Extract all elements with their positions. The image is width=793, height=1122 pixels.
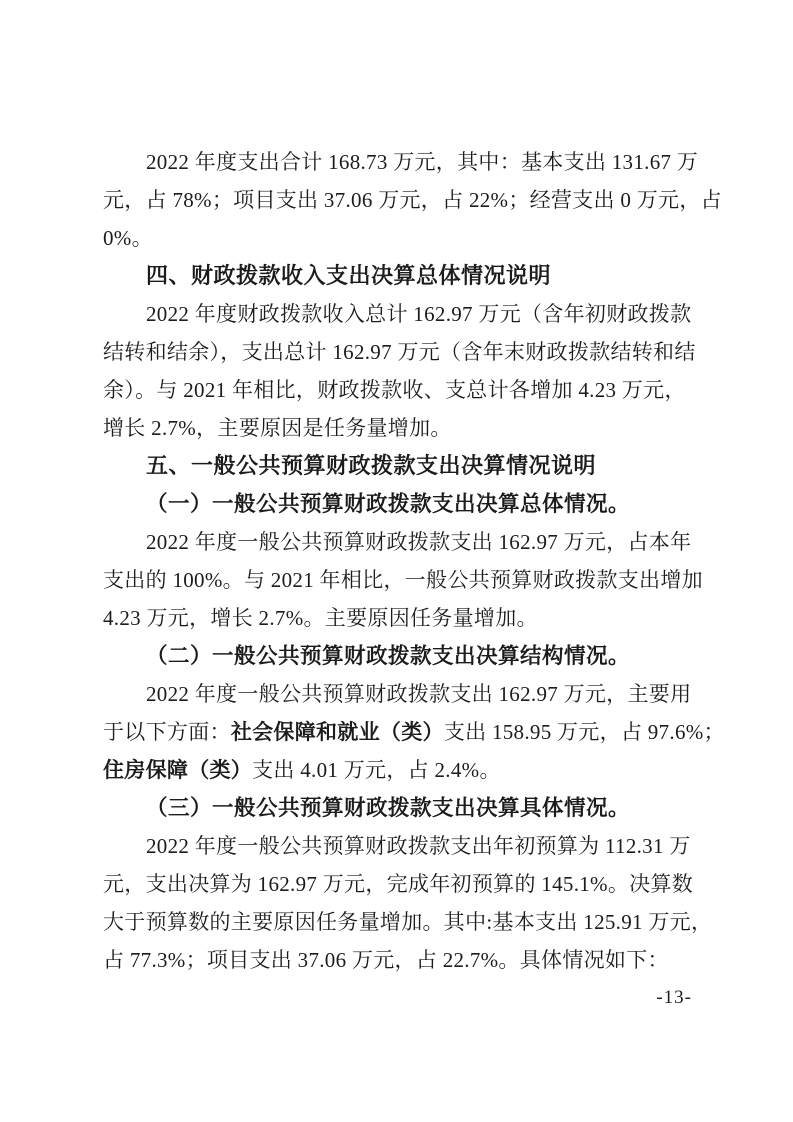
text-line: 结转和结余），支出总计 162.97 万元（含年末财政拨款结转和结: [103, 333, 703, 371]
text-line: 增长 2.7%，主要原因是任务量增加。: [103, 409, 703, 447]
text-line: 占 77.3%；项目支出 37.06 万元，占 22.7%。具体情况如下：: [103, 941, 703, 979]
text-line: 大于预算数的主要原因任务量增加。其中:基本支出 125.91 万元，: [103, 903, 703, 941]
subsection-heading-3: （三）一般公共预算财政拨款支出决算具体情况。: [103, 789, 703, 827]
text-line: 支出的 100%。与 2021 年相比，一般公共预算财政拨款支出增加: [103, 561, 703, 599]
page-number: -13-: [656, 986, 692, 1010]
text-line: 元，占 78%；项目支出 37.06 万元，占 22%；经营支出 0 万元，占: [103, 181, 703, 219]
subsection-heading-1: （一）一般公共预算财政拨款支出决算总体情况。: [103, 485, 703, 523]
text-line: 2022 年度财政拨款收入总计 162.97 万元（含年初财政拨款: [103, 295, 703, 333]
section-heading-five: 五、一般公共预算财政拨款支出决算情况说明: [103, 447, 703, 485]
subsection-heading-2: （二）一般公共预算财政拨款支出决算结构情况。: [103, 637, 703, 675]
text-segment: 支出 4.01 万元，占 2.4%。: [252, 758, 501, 782]
text-line: 0%。: [103, 219, 703, 257]
document-content: 2022 年度支出合计 168.73 万元，其中：基本支出 131.67 万 元…: [103, 143, 703, 979]
text-segment-bold-category: 社会保障和就业（类）: [231, 720, 444, 744]
text-line: 2022 年度一般公共预算财政拨款支出年初预算为 112.31 万: [103, 827, 703, 865]
text-line: 余）。与 2021 年相比，财政拨款收、支总计各增加 4.23 万元，: [103, 371, 703, 409]
text-line: 元，支出决算为 162.97 万元，完成年初预算的 145.1%。决算数: [103, 865, 703, 903]
text-segment-bold-category: 住房保障（类）: [103, 758, 252, 782]
text-line: 4.23 万元，增长 2.7%。主要原因任务量增加。: [103, 599, 703, 637]
text-line: 住房保障（类）支出 4.01 万元，占 2.4%。: [103, 751, 703, 789]
text-line: 2022 年度一般公共预算财政拨款支出 162.97 万元，主要用: [103, 675, 703, 713]
text-line: 2022 年度一般公共预算财政拨款支出 162.97 万元，占本年: [103, 523, 703, 561]
text-segment: 于以下方面：: [103, 720, 231, 744]
text-segment: 支出 158.95 万元，占 97.6%；: [444, 720, 725, 744]
section-heading-four: 四、财政拨款收入支出决算总体情况说明: [103, 257, 703, 295]
document-page: 2022 年度支出合计 168.73 万元，其中：基本支出 131.67 万 元…: [0, 0, 793, 1122]
text-line: 于以下方面：社会保障和就业（类）支出 158.95 万元，占 97.6%；: [103, 713, 703, 751]
text-line: 2022 年度支出合计 168.73 万元，其中：基本支出 131.67 万: [103, 143, 703, 181]
